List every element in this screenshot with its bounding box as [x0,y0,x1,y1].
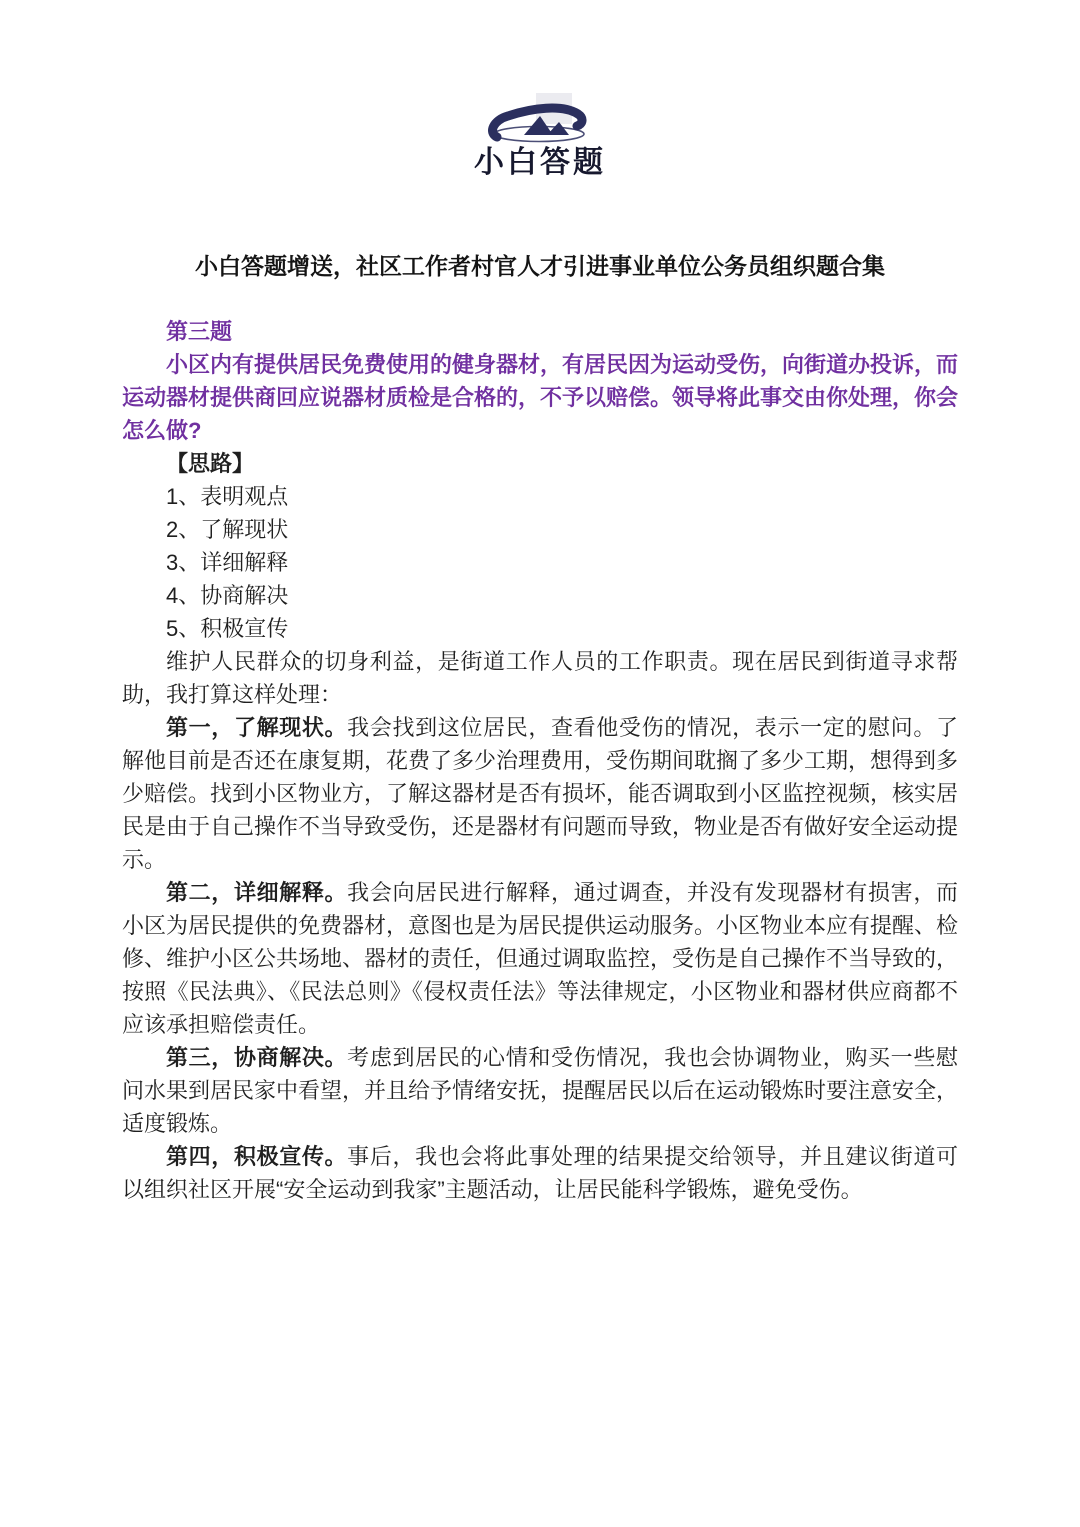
outline-item-4: 4、协商解决 [122,579,958,612]
paragraph-lead: 第二，详细解释。 [166,880,347,905]
answer-paragraph-3: 第三，协商解决。考虑到居民的心情和受伤情况，我也会协调物业，购买一些慰问水果到居… [122,1041,958,1140]
outline-header: 【思路】 [122,447,958,480]
outline-item-1: 1、表明观点 [122,480,958,513]
outline-item-2: 2、了解现状 [122,513,958,546]
document-body: 第三题 小区内有提供居民免费使用的健身器材，有居民因为运动受伤，向街道办投诉，而… [0,315,1080,1206]
outline-item-3: 3、详细解释 [122,546,958,579]
answer-intro: 维护人民群众的切身利益，是街道工作人员的工作职责。现在居民到街道寻求帮助，我打算… [122,645,958,711]
outline-item-5: 5、积极宣传 [122,612,958,645]
answer-section: 维护人民群众的切身利益，是街道工作人员的工作职责。现在居民到街道寻求帮助，我打算… [122,645,958,1206]
paragraph-lead: 第三，协商解决。 [166,1045,347,1070]
eye-swoosh-icon [486,92,594,144]
answer-paragraph-2: 第二，详细解释。我会向居民进行解释，通过调查，并没有发现器材有损害，而小区为居民… [122,876,958,1041]
question-text: 小区内有提供居民免费使用的健身器材，有居民因为运动受伤，向街道办投诉，而运动器材… [122,348,958,447]
answer-paragraph-1: 第一，了解现状。我会找到这位居民，查看他受伤的情况，表示一定的慰问。了解他目前是… [122,711,958,876]
question-number: 第三题 [122,315,958,348]
question-section: 第三题 小区内有提供居民免费使用的健身器材，有居民因为运动受伤，向街道办投诉，而… [122,315,958,447]
brand-name: 小白答题 [0,147,1080,179]
answer-paragraph-4: 第四，积极宣传。事后，我也会将此事处理的结果提交给领导，并且建议街道可以组织社区… [122,1140,958,1206]
paragraph-lead: 第四，积极宣传。 [166,1144,347,1169]
logo: 小白答题 [0,0,1080,179]
document-page: 小白答题 小白答题增送，社区工作者村官人才引进事业单位公务员组织题合集 第三题 … [0,0,1080,1527]
paragraph-lead: 第一，了解现状。 [166,715,347,740]
document-title: 小白答题增送，社区工作者村官人才引进事业单位公务员组织题合集 [0,251,1080,281]
outline-section: 【思路】 1、表明观点 2、了解现状 3、详细解释 4、协商解决 5、积极宣传 [122,447,958,645]
